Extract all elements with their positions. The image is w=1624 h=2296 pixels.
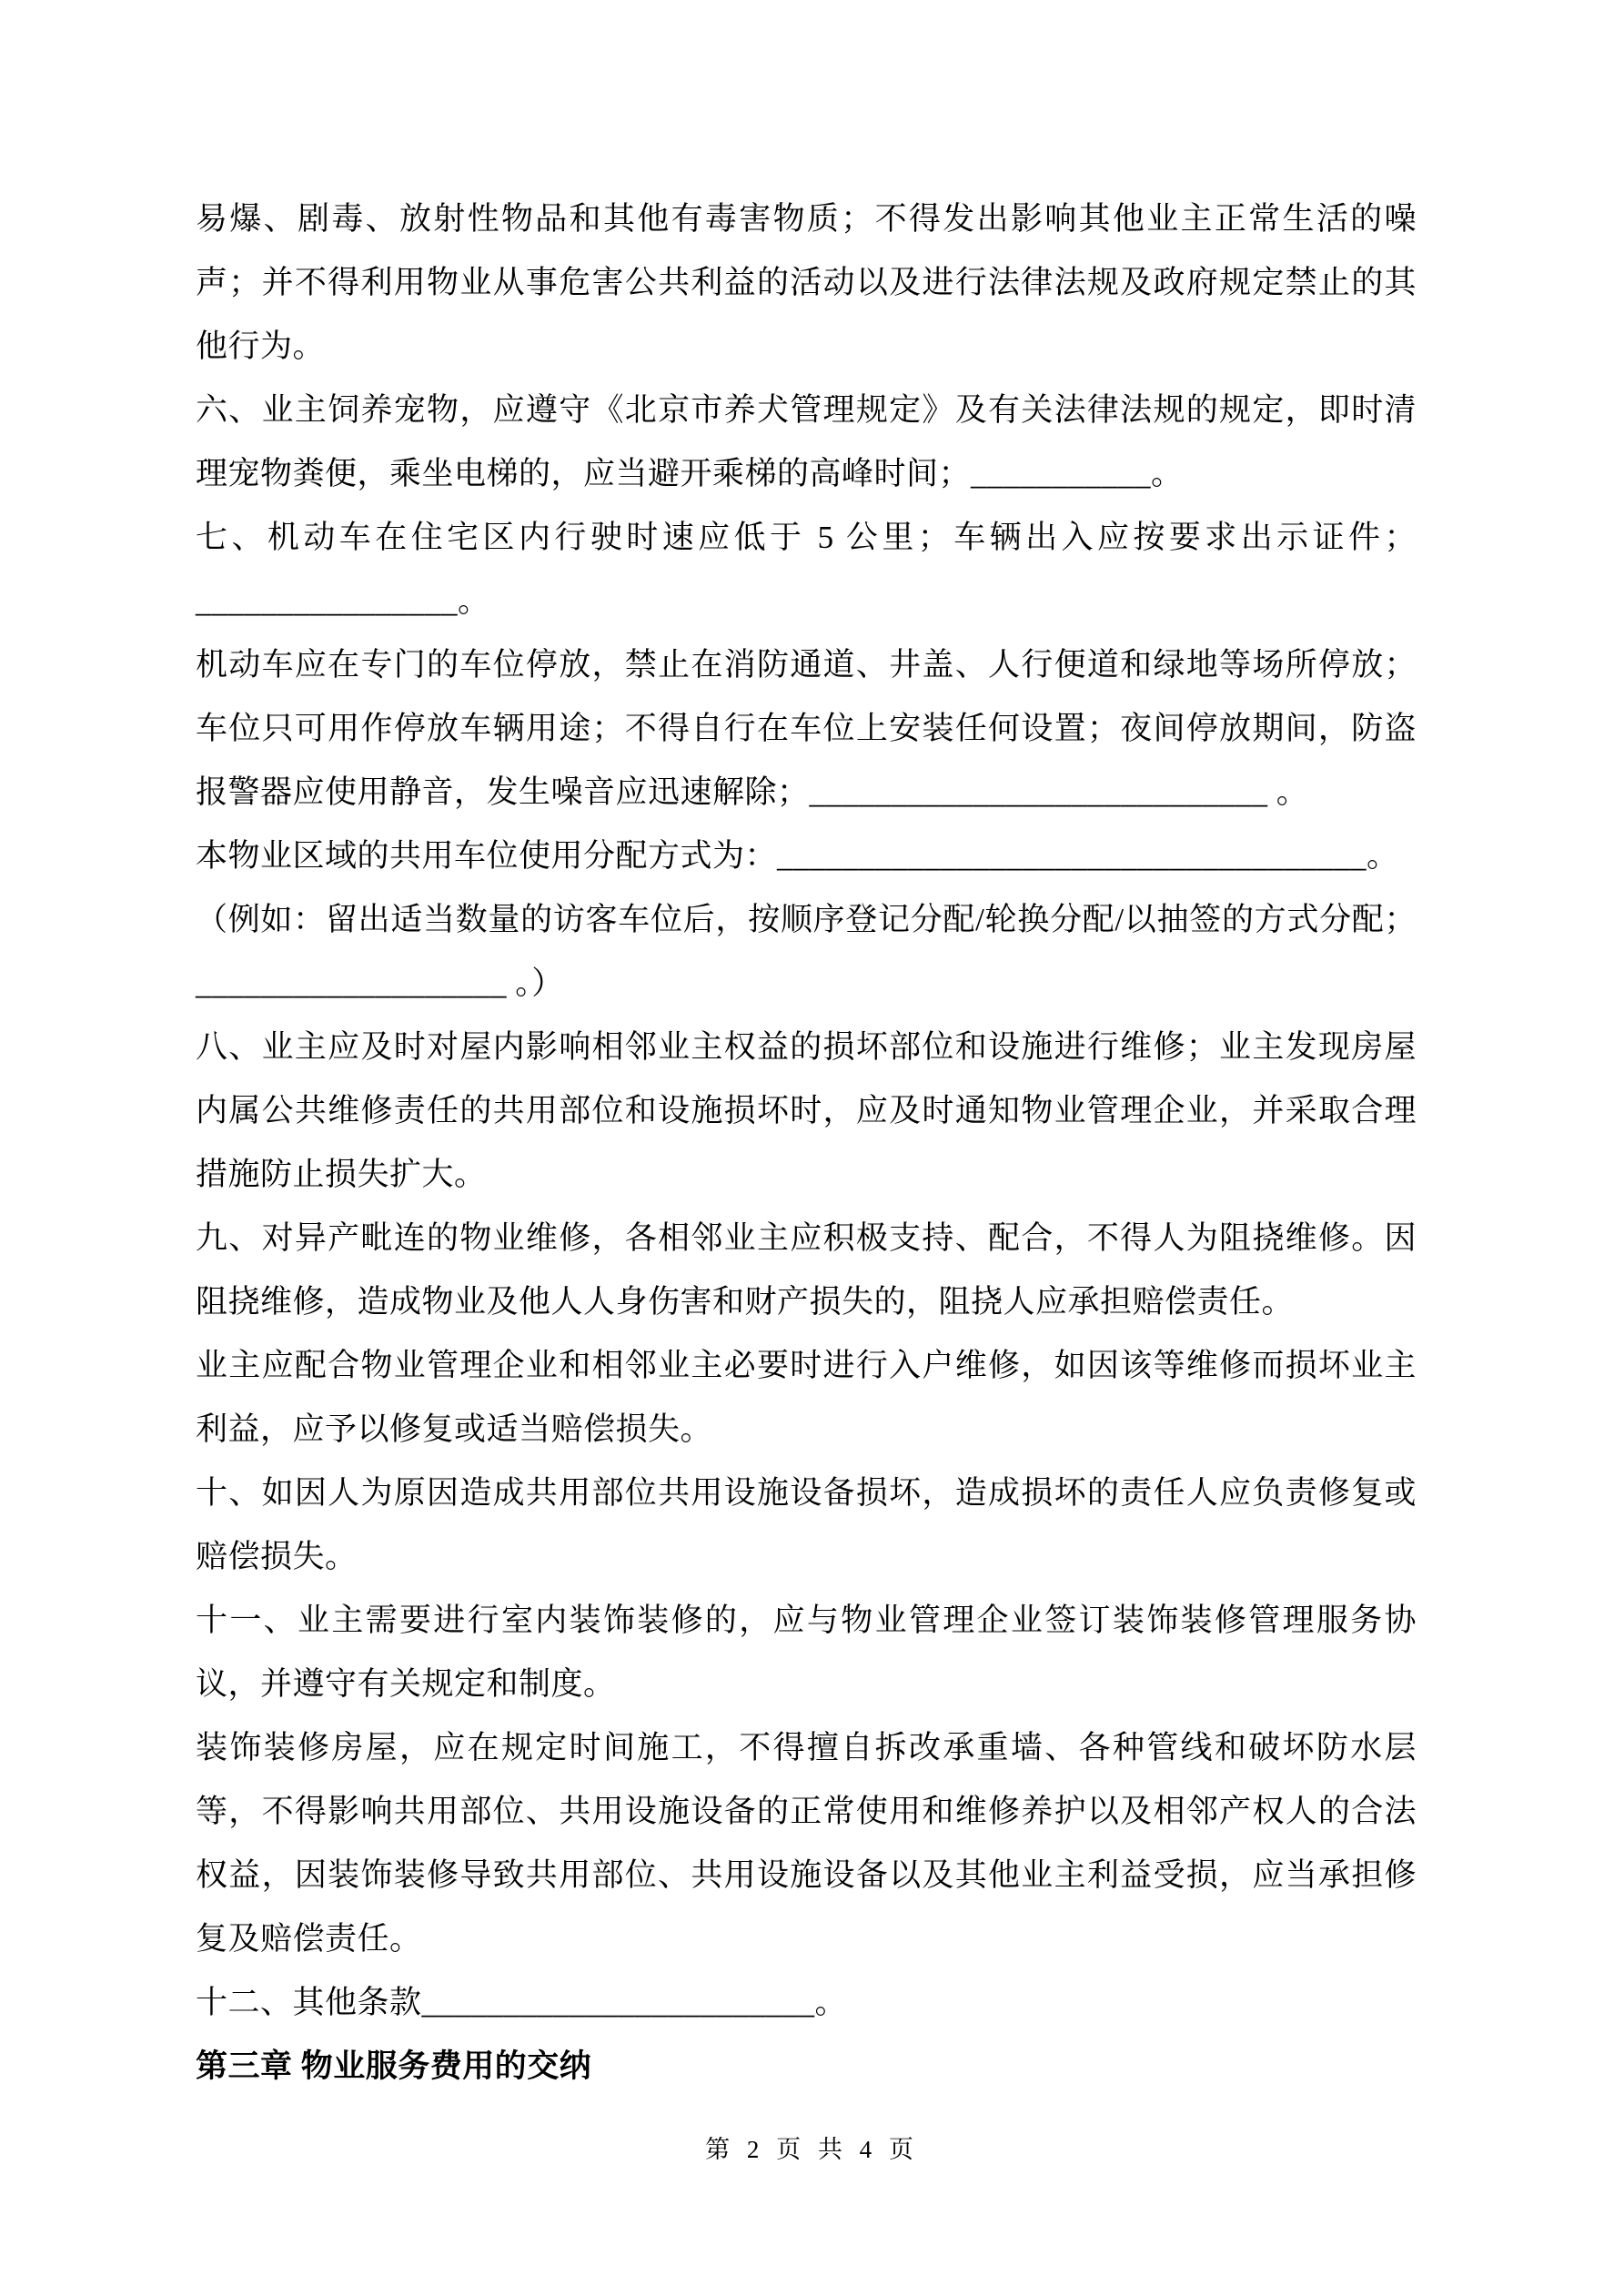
page-number-footer: 第 2 页 共 4 页 [0,2129,1624,2165]
paragraph-hazardous-items: 易爆、剧毒、放射性物品和其他有毒害物质；不得发出影响其他业主正常生活的噪声；并不… [196,187,1417,379]
paragraph-clause-9-adjacent-property: 九、对异产毗连的物业维修，各相邻业主应积极支持、配合，不得人为阻挠维修。因阻挠维… [196,1207,1417,1334]
paragraph-clause-7-vehicles: 七、机动车在住宅区内行驶时速应低于 5 公里；车辆出入应按要求出示证件；____… [196,506,1417,633]
paragraph-decoration-rules: 装饰装修房屋，应在规定时间施工，不得擅自拆改承重墙、各种管线和破坏防水层等，不得… [196,1716,1417,1971]
document-page: 易爆、剧毒、放射性物品和其他有毒害物质；不得发出影响其他业主正常生活的噪声；并不… [0,0,1624,2296]
chapter-3-heading: 第三章 物业服务费用的交纳 [196,2035,1417,2099]
paragraph-clause-11-decoration-agreement: 十一、业主需要进行室内装饰装修的，应与物业管理企业签订装饰装修管理服务协议，并遵… [196,1589,1417,1716]
paragraph-clause-12-other-terms: 十二、其他条款________________________。 [196,1971,1417,2035]
paragraph-clause-8-repairs: 八、业主应及时对屋内影响相邻业主权益的损坏部位和设施进行维修；业主发现房屋内属公… [196,1016,1417,1207]
paragraph-entry-maintenance: 业主应配合物业管理企业和相邻业主必要时进行入户维修，如因该等维修而损坏业主利益，… [196,1334,1417,1462]
document-body: 易爆、剧毒、放射性物品和其他有毒害物质；不得发出影响其他业主正常生活的噪声；并不… [196,187,1417,2099]
paragraph-allocation-example: （例如：留出适当数量的访客车位后，按顺序登记分配/轮换分配/以抽签的方式分配；_… [196,888,1417,1016]
paragraph-clause-10-damage-liability: 十、如因人为原因造成共用部位共用设施设备损坏，造成损坏的责任人应负责修复或赔偿损… [196,1462,1417,1589]
paragraph-shared-parking-allocation: 本物业区域的共用车位使用分配方式为：______________________… [196,824,1417,888]
paragraph-parking-rules: 机动车应在专门的车位停放，禁止在消防通道、井盖、人行便道和绿地等场所停放；车位只… [196,633,1417,824]
paragraph-clause-6-pets: 六、业主饲养宠物，应遵守《北京市养犬管理规定》及有关法律法规的规定，即时清理宠物… [196,379,1417,506]
